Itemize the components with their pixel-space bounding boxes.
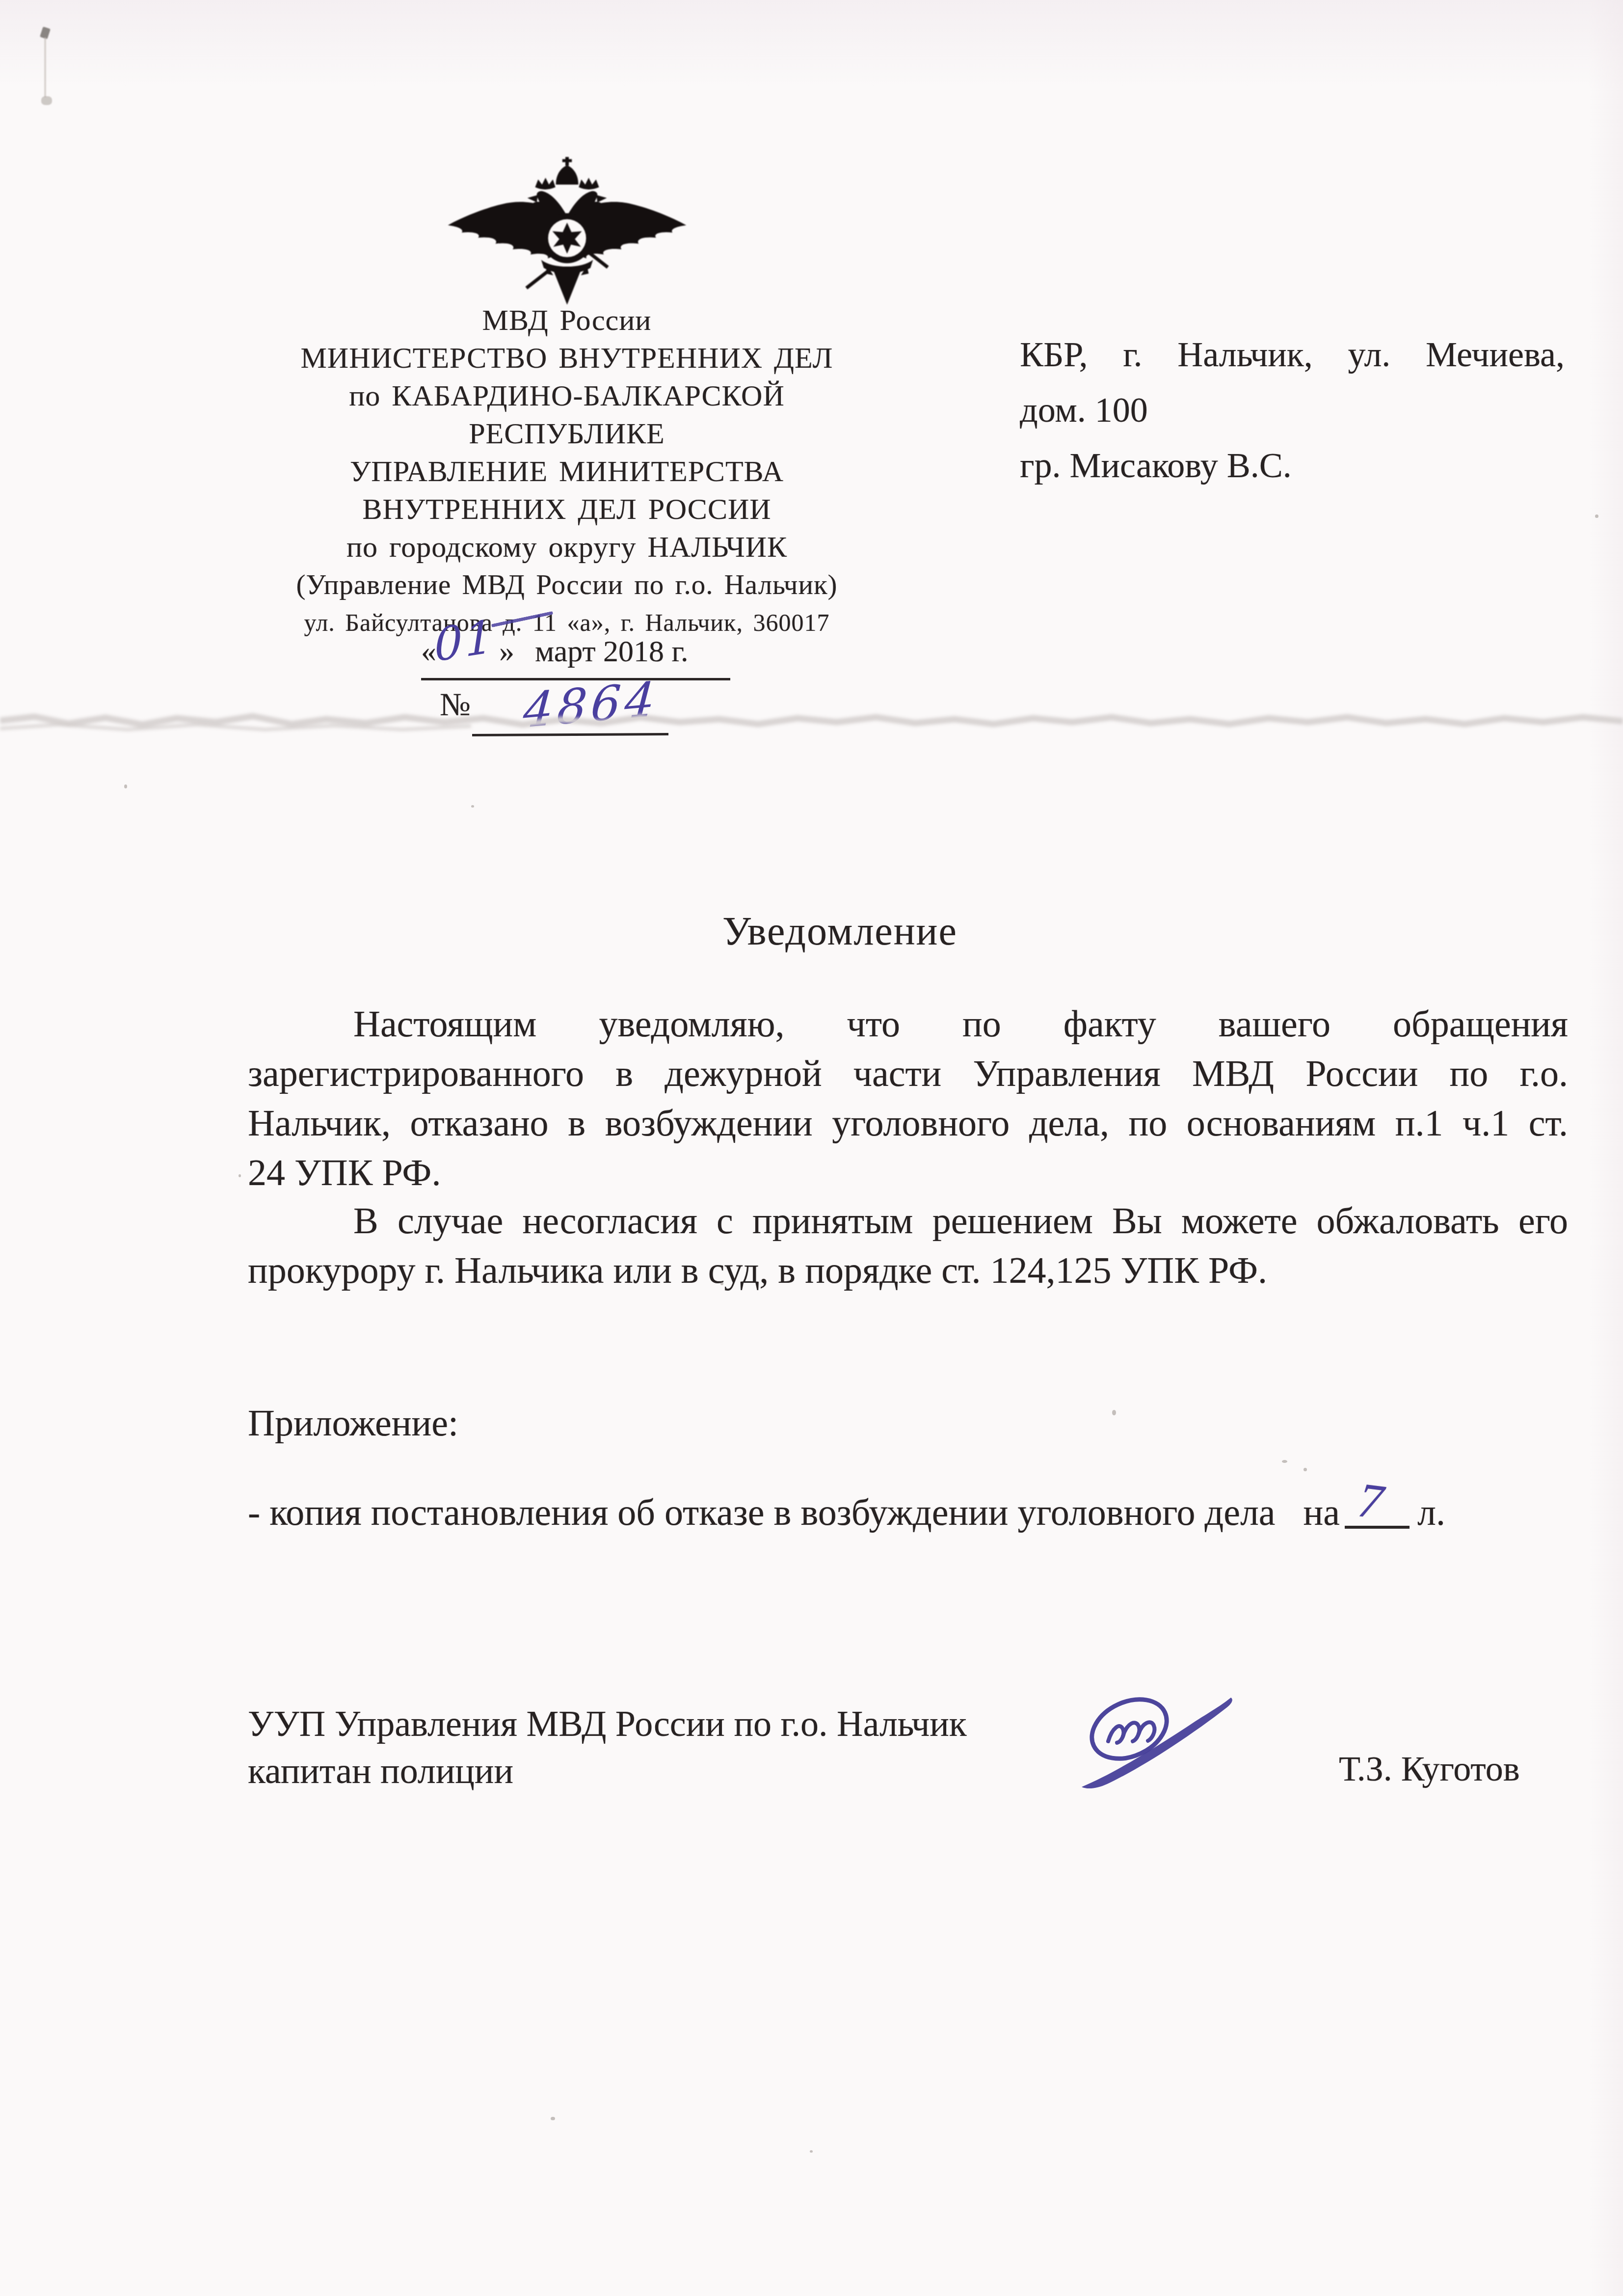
scan-scratch-blob bbox=[41, 96, 52, 105]
date-close-quote: » bbox=[499, 634, 514, 669]
org-line: по городскому округу НАЛЬЧИК bbox=[223, 528, 910, 566]
scan-speck bbox=[810, 2150, 813, 2153]
handwritten-signature-icon bbox=[1078, 1690, 1240, 1795]
scan-scratch-line bbox=[44, 37, 46, 97]
date-text: март 2018 г. bbox=[535, 634, 689, 669]
paper-crease-line bbox=[0, 695, 1623, 749]
body-paragraph1-line: зарегистрированного в дежурной части Упр… bbox=[248, 1049, 1568, 1098]
body-paragraph1-line: 24 УПК РФ. bbox=[248, 1148, 1568, 1197]
scan-speck bbox=[1595, 514, 1598, 518]
attachment-pages-underline: 7 bbox=[1345, 1491, 1410, 1529]
handwritten-page-count: 7 bbox=[1355, 1471, 1386, 1530]
recipient-address-line: КБР, г. Нальчик, ул. Мечиева, bbox=[1020, 327, 1565, 382]
attachment-item-line: - копия постановления об отказе в возбуж… bbox=[248, 1491, 1445, 1534]
attachment-item-text: - копия постановления об отказе в возбуж… bbox=[248, 1491, 1340, 1534]
handwritten-day: 01 bbox=[433, 610, 496, 672]
org-line: ВНУТРЕННИХ ДЕЛ РОССИИ bbox=[223, 490, 910, 528]
scan-speck bbox=[239, 1174, 241, 1177]
document-title: Уведомление bbox=[722, 908, 958, 954]
org-line: УПРАВЛЕНИЕ МИНИТЕРСТВА bbox=[223, 453, 910, 490]
attachment-unit: л. bbox=[1417, 1491, 1445, 1534]
mvd-double-headed-eagle-emblem-icon bbox=[438, 156, 696, 314]
org-line: (Управление МВД России по г.о. Нальчик) bbox=[223, 566, 910, 604]
scanned-letter-page: МВД России МИНИСТЕРСТВО ВНУТРЕННИХ ДЕЛ п… bbox=[0, 0, 1623, 2296]
scan-speck bbox=[551, 2117, 555, 2120]
scan-speck bbox=[1282, 1460, 1287, 1463]
signer-position-line2: капитан полиции bbox=[248, 1751, 513, 1792]
scan-speck bbox=[720, 1282, 723, 1285]
scan-speck bbox=[1112, 1410, 1116, 1415]
signer-name: Т.З. Куготов bbox=[1339, 1749, 1520, 1789]
letterhead-org-block: МВД России МИНИСТЕРСТВО ВНУТРЕННИХ ДЕЛ п… bbox=[223, 301, 910, 642]
body-paragraph2-line: прокурору г. Нальчика или в суд, в поряд… bbox=[248, 1246, 1568, 1295]
recipient-name-line: гр. Мисакову В.С. bbox=[1020, 438, 1565, 493]
scan-speck bbox=[124, 784, 127, 788]
recipient-house-line: дом. 100 bbox=[1020, 382, 1565, 438]
body-paragraph2-line: В случае несогласия с принятым решением … bbox=[248, 1196, 1568, 1245]
scan-speck bbox=[471, 805, 474, 808]
org-line: РЕСПУБЛИКЕ bbox=[223, 415, 910, 453]
attachment-heading: Приложение: bbox=[248, 1402, 458, 1445]
signer-position-line1: УУП Управления МВД России по г.о. Нальчи… bbox=[248, 1703, 967, 1745]
body-paragraph1-line: Настоящим уведомляю, что по факту вашего… bbox=[248, 999, 1568, 1049]
org-line: МИНИСТЕРСТВО ВНУТРЕННИХ ДЕЛ bbox=[223, 339, 910, 377]
body-paragraph1-line: Нальчик, отказано в возбуждении уголовно… bbox=[248, 1099, 1568, 1148]
org-line: по КАБАРДИНО-БАЛКАРСКОЙ bbox=[223, 377, 910, 415]
org-line: МВД России bbox=[223, 301, 910, 339]
recipient-block: КБР, г. Нальчик, ул. Мечиева, дом. 100 г… bbox=[1020, 327, 1565, 493]
scan-speck bbox=[1304, 1468, 1307, 1471]
